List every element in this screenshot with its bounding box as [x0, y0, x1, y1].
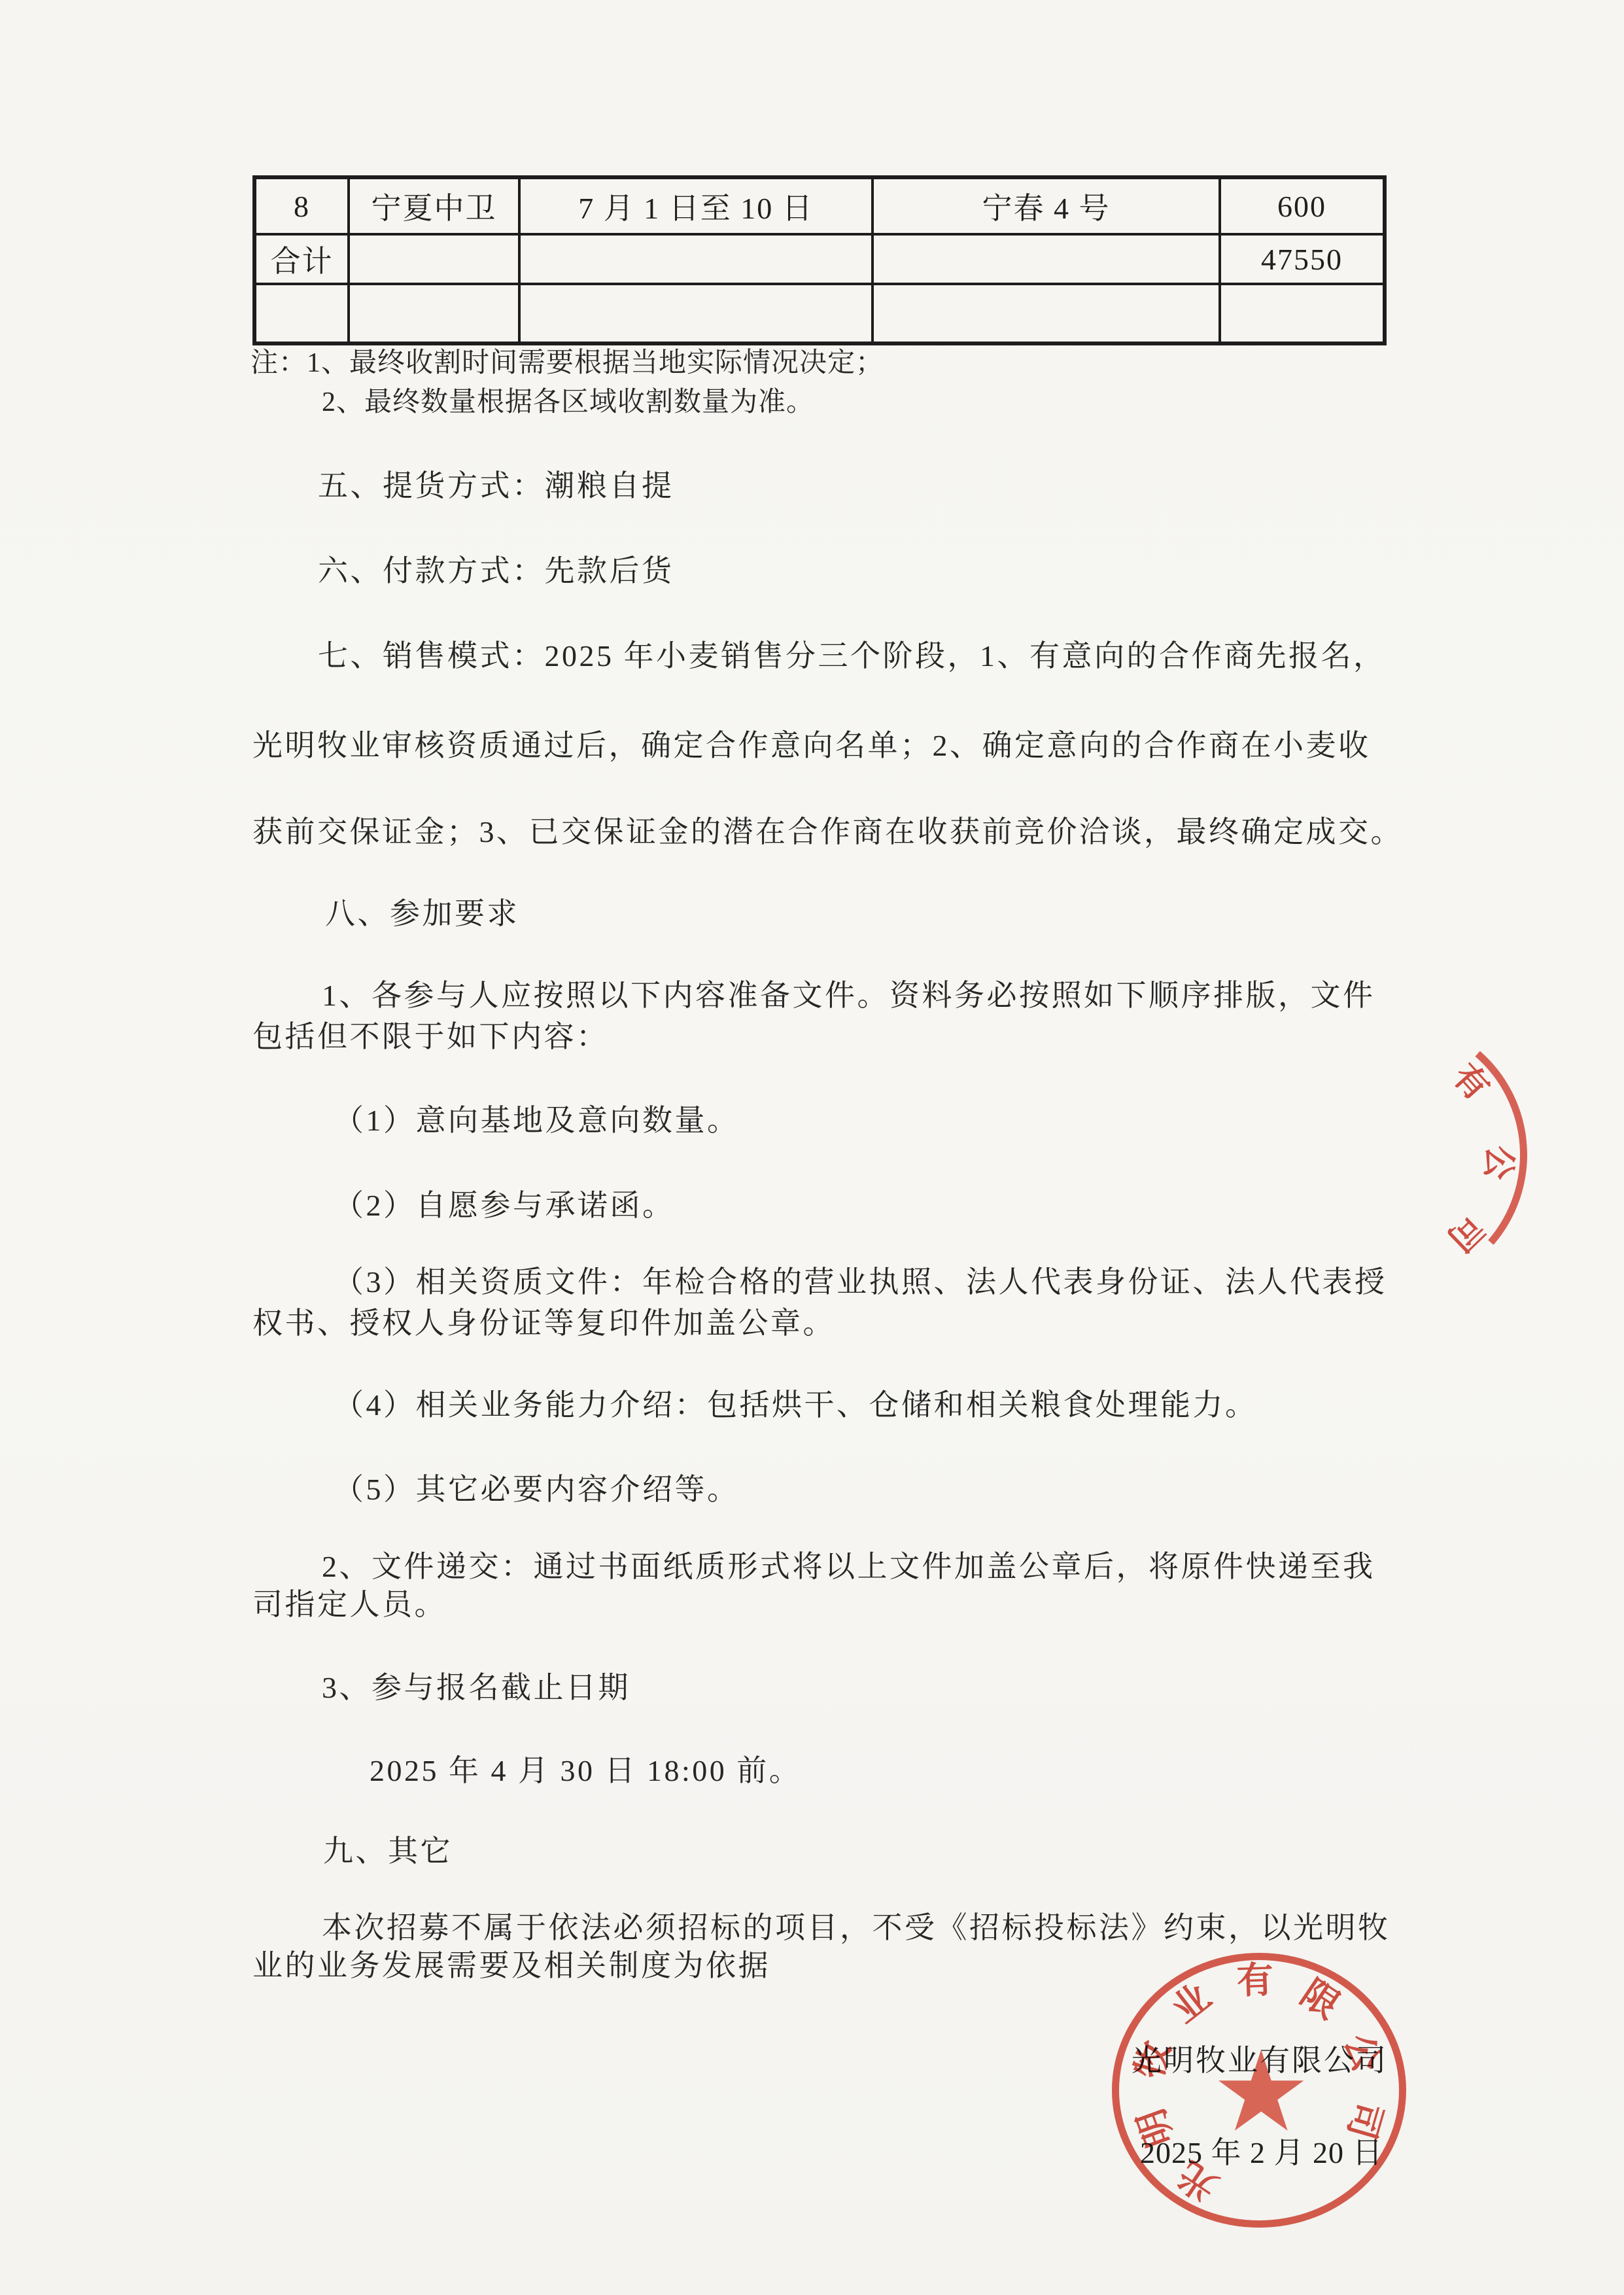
cell-variety: 宁春 4 号 [872, 177, 1220, 234]
cell-harvest-period: 7 月 1 日至 10 日 [519, 177, 872, 234]
cell-quantity: 600 [1220, 177, 1385, 234]
line-sub5-other: （5）其它必要内容介绍等。 [334, 1470, 740, 1509]
stamp-ring-char: 业 [1166, 1978, 1218, 2030]
seal-ring-text: 光明牧业有限公司 [1112, 1953, 1406, 2228]
line-sub3-qualification-1: （3）相关资质文件：年检合格的营业执照、法人代表身份证、法人代表授 [334, 1263, 1387, 1302]
line-sub3-qualification-2: 权书、授权人身份证等复印件加盖公章。 [252, 1304, 835, 1343]
cell-empty [872, 234, 1220, 284]
line-item3-deadline-date: 2025 年 4 月 30 日 18:00 前。 [370, 1751, 801, 1791]
seal-border [1112, 1953, 1406, 2228]
document-page: 8 宁夏中卫 7 月 1 日至 10 日 宁春 4 号 600 合计 47550 [0, 0, 1624, 2295]
cell-empty [349, 284, 519, 343]
line-sub2-commitment: （2）自愿参与承诺函。 [334, 1186, 675, 1225]
line-item2-submission-2: 司指定人员。 [252, 1585, 447, 1624]
cell-empty [519, 284, 872, 343]
cell-total-label: 合计 [254, 234, 349, 284]
line-sec9-heading: 九、其它 [323, 1832, 453, 1871]
table-note-2: 2、最终数量根据各区域收割数量为准。 [322, 385, 814, 420]
stamp-ring-char: 有 [1446, 1059, 1494, 1106]
line-sec9-note-1: 本次招募不属于依法必须招标的项目，不受《招标投标法》约束，以光明牧 [322, 1908, 1391, 1948]
stamp-ring-char: 公 [1479, 1144, 1516, 1181]
cell-empty [254, 284, 349, 343]
table-row-8: 8 宁夏中卫 7 月 1 日至 10 日 宁春 4 号 600 [254, 177, 1385, 234]
table-row-blank [254, 284, 1385, 343]
line-sec7-sales-model-3: 获前交保证金；3、已交保证金的潜在合作商在收获前竞价洽谈，最终确定成交。 [252, 813, 1403, 852]
cell-index: 8 [254, 177, 349, 234]
stamp-ring-char: 限 [1295, 1974, 1346, 2025]
line-item3-deadline-heading: 3、参与报名截止日期 [322, 1668, 631, 1708]
cell-empty [872, 284, 1220, 343]
line-item2-submission-1: 2、文件递交：通过书面纸质形式将以上文件加盖公章后，将原件快递至我 [322, 1547, 1375, 1586]
cell-total-quantity: 47550 [1220, 234, 1385, 284]
line-sec9-note-2: 业的业务发展需要及相关制度为依据 [252, 1946, 770, 1986]
line-sec7-sales-model-2: 光明牧业审核资质通过后，确定合作意向名单；2、确定意向的合作商在小麦收 [252, 726, 1371, 765]
line-sub4-capability: （4）相关业务能力介绍：包括烘干、仓储和相关粮食处理能力。 [334, 1386, 1258, 1425]
line-item1-docs-2: 包括但不限于如下内容： [252, 1017, 609, 1057]
company-seal-stamp: ★ 光明牧业有限公司 [1112, 1953, 1406, 2228]
line-sec8-heading: 八、参加要求 [325, 894, 519, 934]
line-sec6-payment: 六、付款方式：先款后货 [318, 552, 674, 591]
signature-date: 2025 年 2 月 20 日 [1140, 2133, 1383, 2173]
cell-empty [519, 234, 872, 284]
signature-company: 光明牧业有限公司 [1132, 2041, 1388, 2080]
stamp-ring-char: 有 [1236, 1962, 1274, 2000]
cell-region: 宁夏中卫 [349, 177, 519, 234]
line-sec7-sales-model-1: 七、销售模式：2025 年小麦销售分三个阶段，1、有意向的合作商先报名， [318, 637, 1386, 676]
line-item1-docs-1: 1、各参与人应按照以下内容准备文件。资料务必按照如下顺序排版，文件 [322, 976, 1375, 1015]
cell-empty [1220, 284, 1385, 343]
cell-empty [349, 234, 519, 284]
partial-seal-stamp: 有公司 [1253, 1017, 1527, 1292]
harvest-schedule-table: 8 宁夏中卫 7 月 1 日至 10 日 宁春 4 号 600 合计 47550 [252, 175, 1387, 345]
table-note-1: 注：1、最终收割时间需要根据当地实际情况决定； [251, 345, 884, 381]
table-row-total: 合计 47550 [254, 234, 1385, 284]
seal-arc [1243, 1008, 1536, 1301]
line-sec5-delivery: 五、提货方式：潮粮自提 [318, 466, 674, 506]
stamp-ring-char: 司 [1441, 1208, 1489, 1257]
seal-ring-text: 有公司 [1253, 1017, 1527, 1292]
line-sub1-intent: （1）意向基地及意向数量。 [334, 1101, 740, 1140]
